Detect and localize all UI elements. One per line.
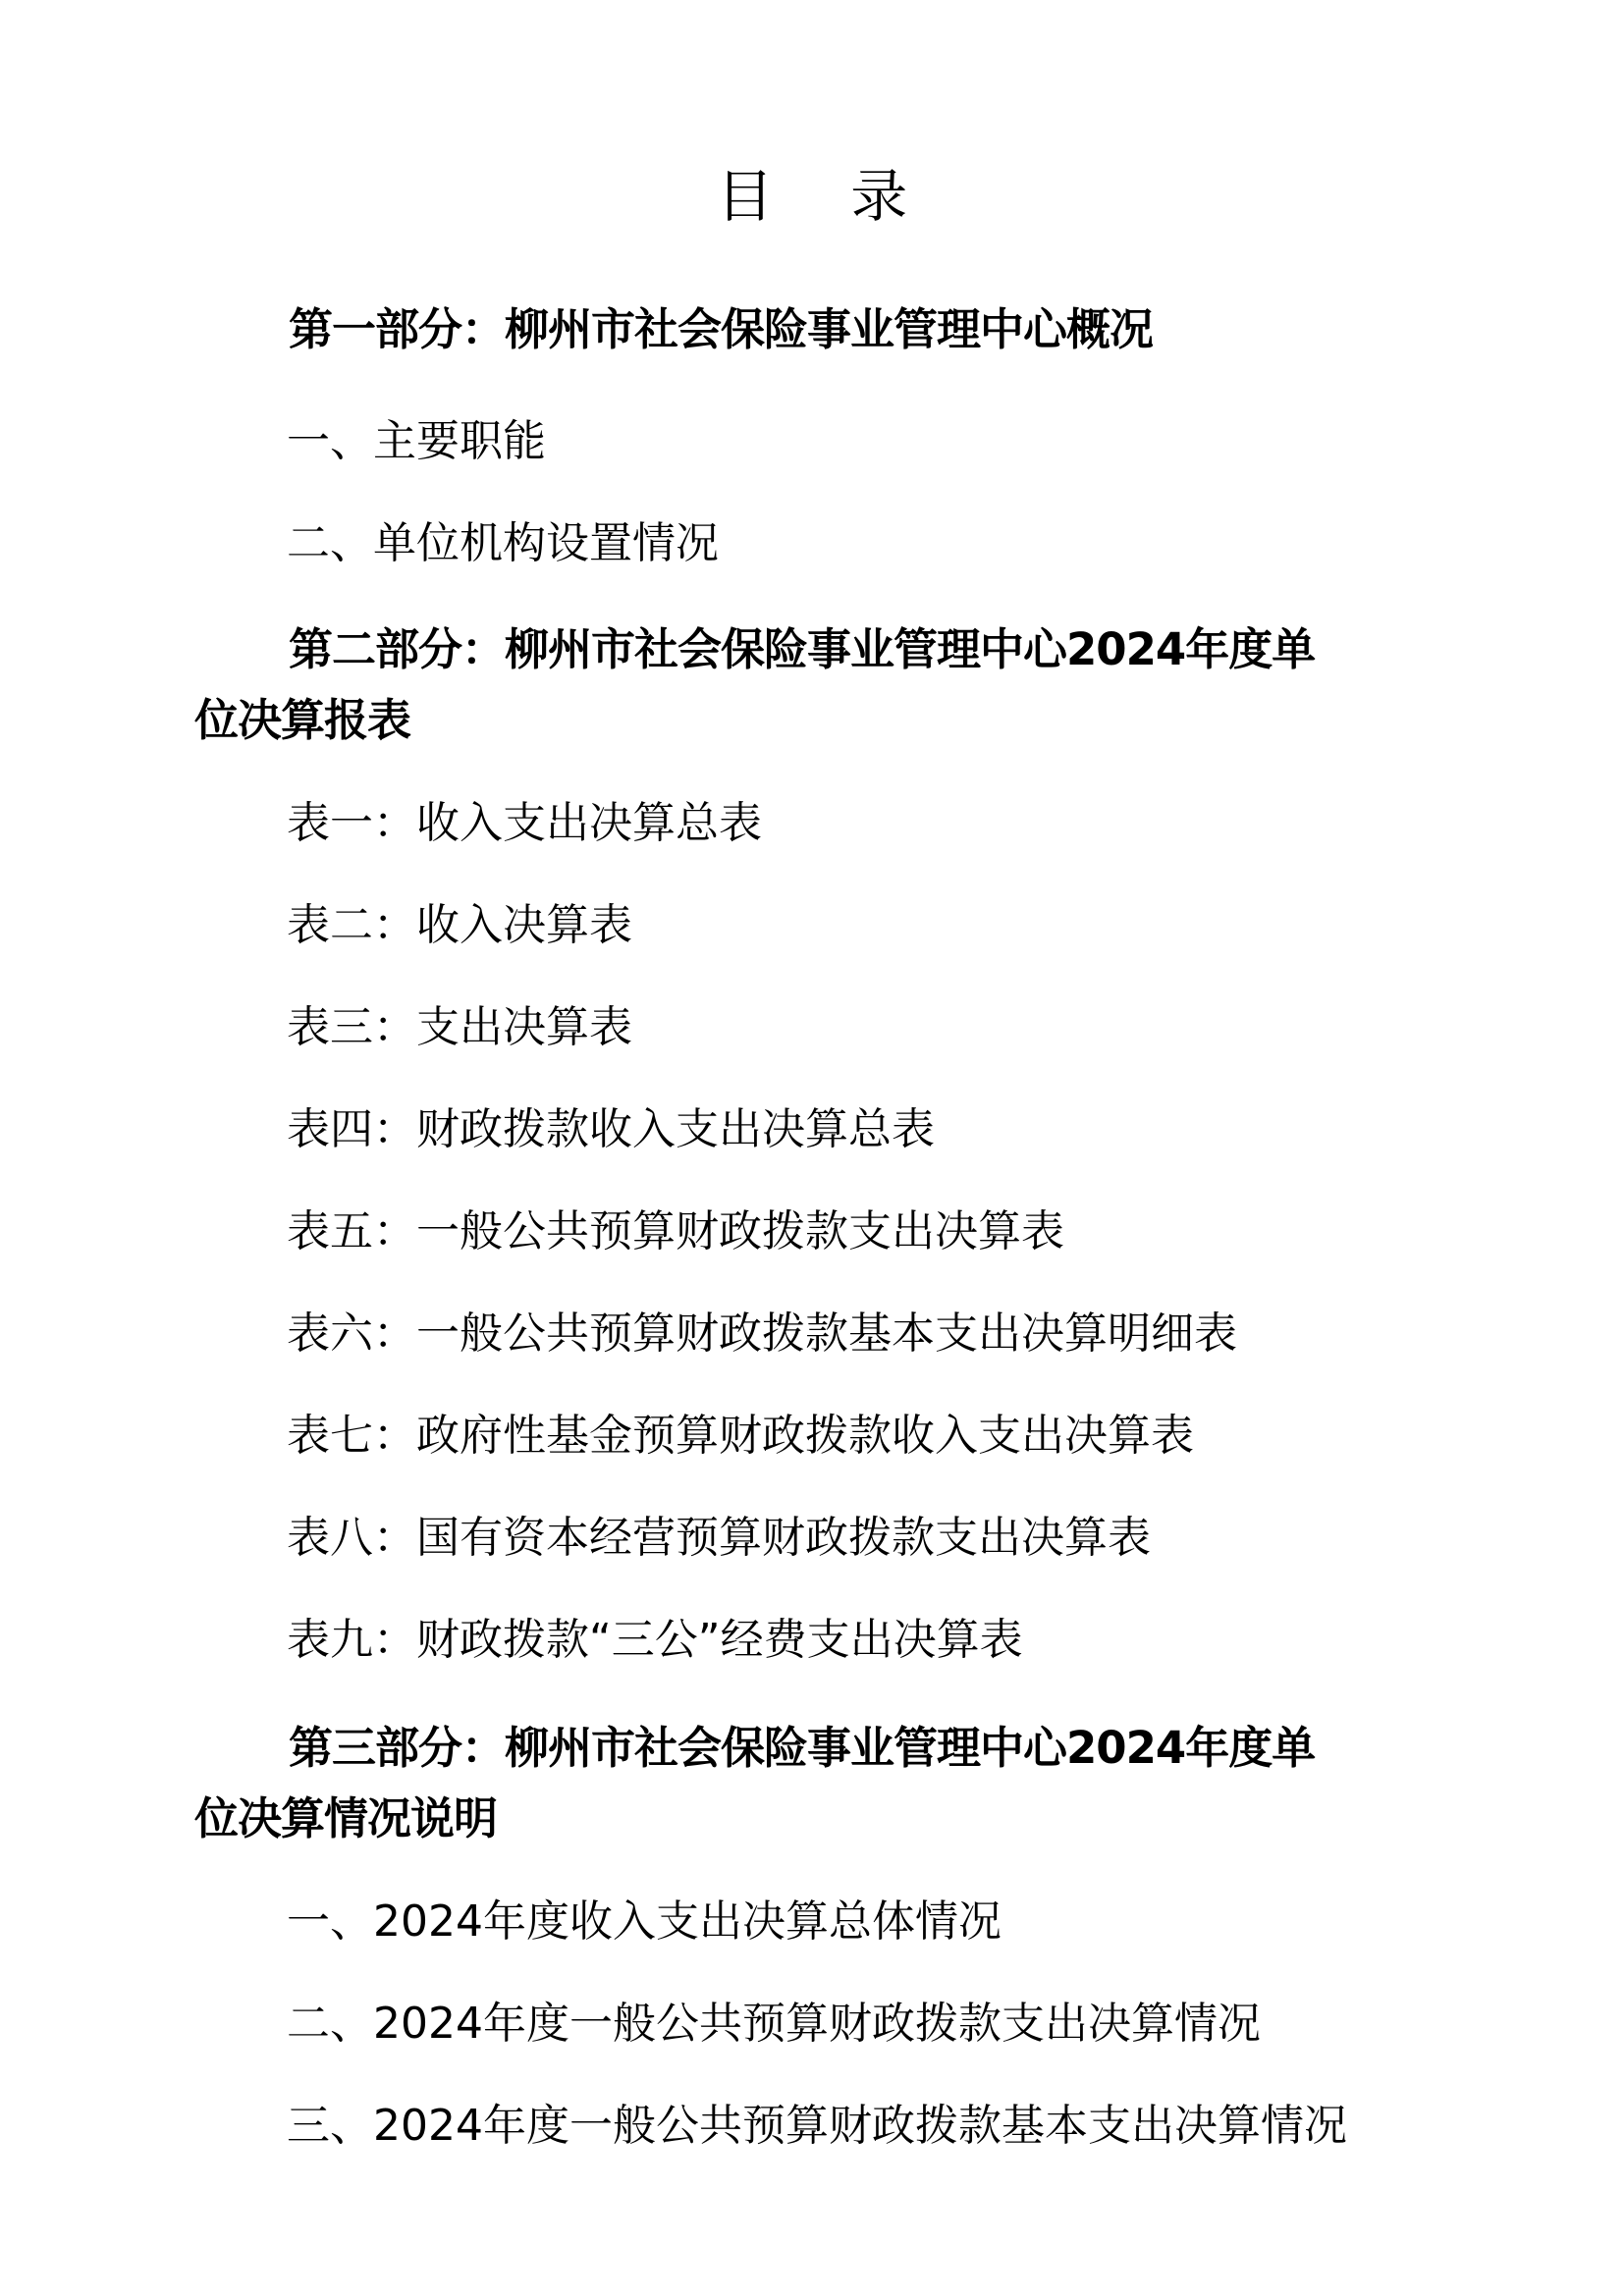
toc-item[interactable]: 一、主要职能: [194, 406, 1314, 477]
toc-part3-heading-line2[interactable]: 位决算情况说明: [194, 1784, 1314, 1854]
toc-item[interactable]: 二、2024年度一般公共预算财政拨款支出决算情况: [194, 1989, 1314, 2059]
page-title: 目 录: [0, 157, 1624, 236]
toc-item-table1[interactable]: 表一：收入支出决算总表: [194, 788, 1314, 859]
toc-item-table4[interactable]: 表四：财政拨款收入支出决算总表: [194, 1095, 1314, 1165]
toc-item-table9[interactable]: 表九：财政拨款“三公”经费支出决算表: [194, 1605, 1314, 1676]
toc-part3-heading-line1[interactable]: 第三部分：柳州市社会保险事业管理中心2024年度单: [194, 1713, 1314, 1784]
toc-item-table7[interactable]: 表七：政府性基金预算财政拨款收入支出决算表: [194, 1401, 1314, 1471]
toc-item-table2[interactable]: 表二：收入决算表: [194, 890, 1314, 961]
toc-item-table8[interactable]: 表八：国有资本经营预算财政拨款支出决算表: [194, 1503, 1314, 1574]
toc-part1-heading[interactable]: 第一部分：柳州市社会保险事业管理中心概况: [194, 294, 1314, 365]
toc-item[interactable]: 二、单位机构设置情况: [194, 508, 1314, 579]
toc-page: 目 录 第一部分：柳州市社会保险事业管理中心概况 一、主要职能 二、单位机构设置…: [0, 0, 1624, 2296]
toc-item-table6[interactable]: 表六：一般公共预算财政拨款基本支出决算明细表: [194, 1299, 1314, 1369]
toc-item-table3[interactable]: 表三：支出决算表: [194, 992, 1314, 1063]
toc-part2-heading-line2[interactable]: 位决算报表: [194, 685, 1314, 756]
toc-item-table5[interactable]: 表五：一般公共预算财政拨款支出决算表: [194, 1197, 1314, 1267]
toc-item[interactable]: 三、2024年度一般公共预算财政拨款基本支出决算情况: [194, 2091, 1314, 2162]
toc-part2-heading-line1[interactable]: 第二部分：柳州市社会保险事业管理中心2024年度单: [194, 614, 1314, 685]
toc-item[interactable]: 一、2024年度收入支出决算总体情况: [194, 1887, 1314, 1957]
